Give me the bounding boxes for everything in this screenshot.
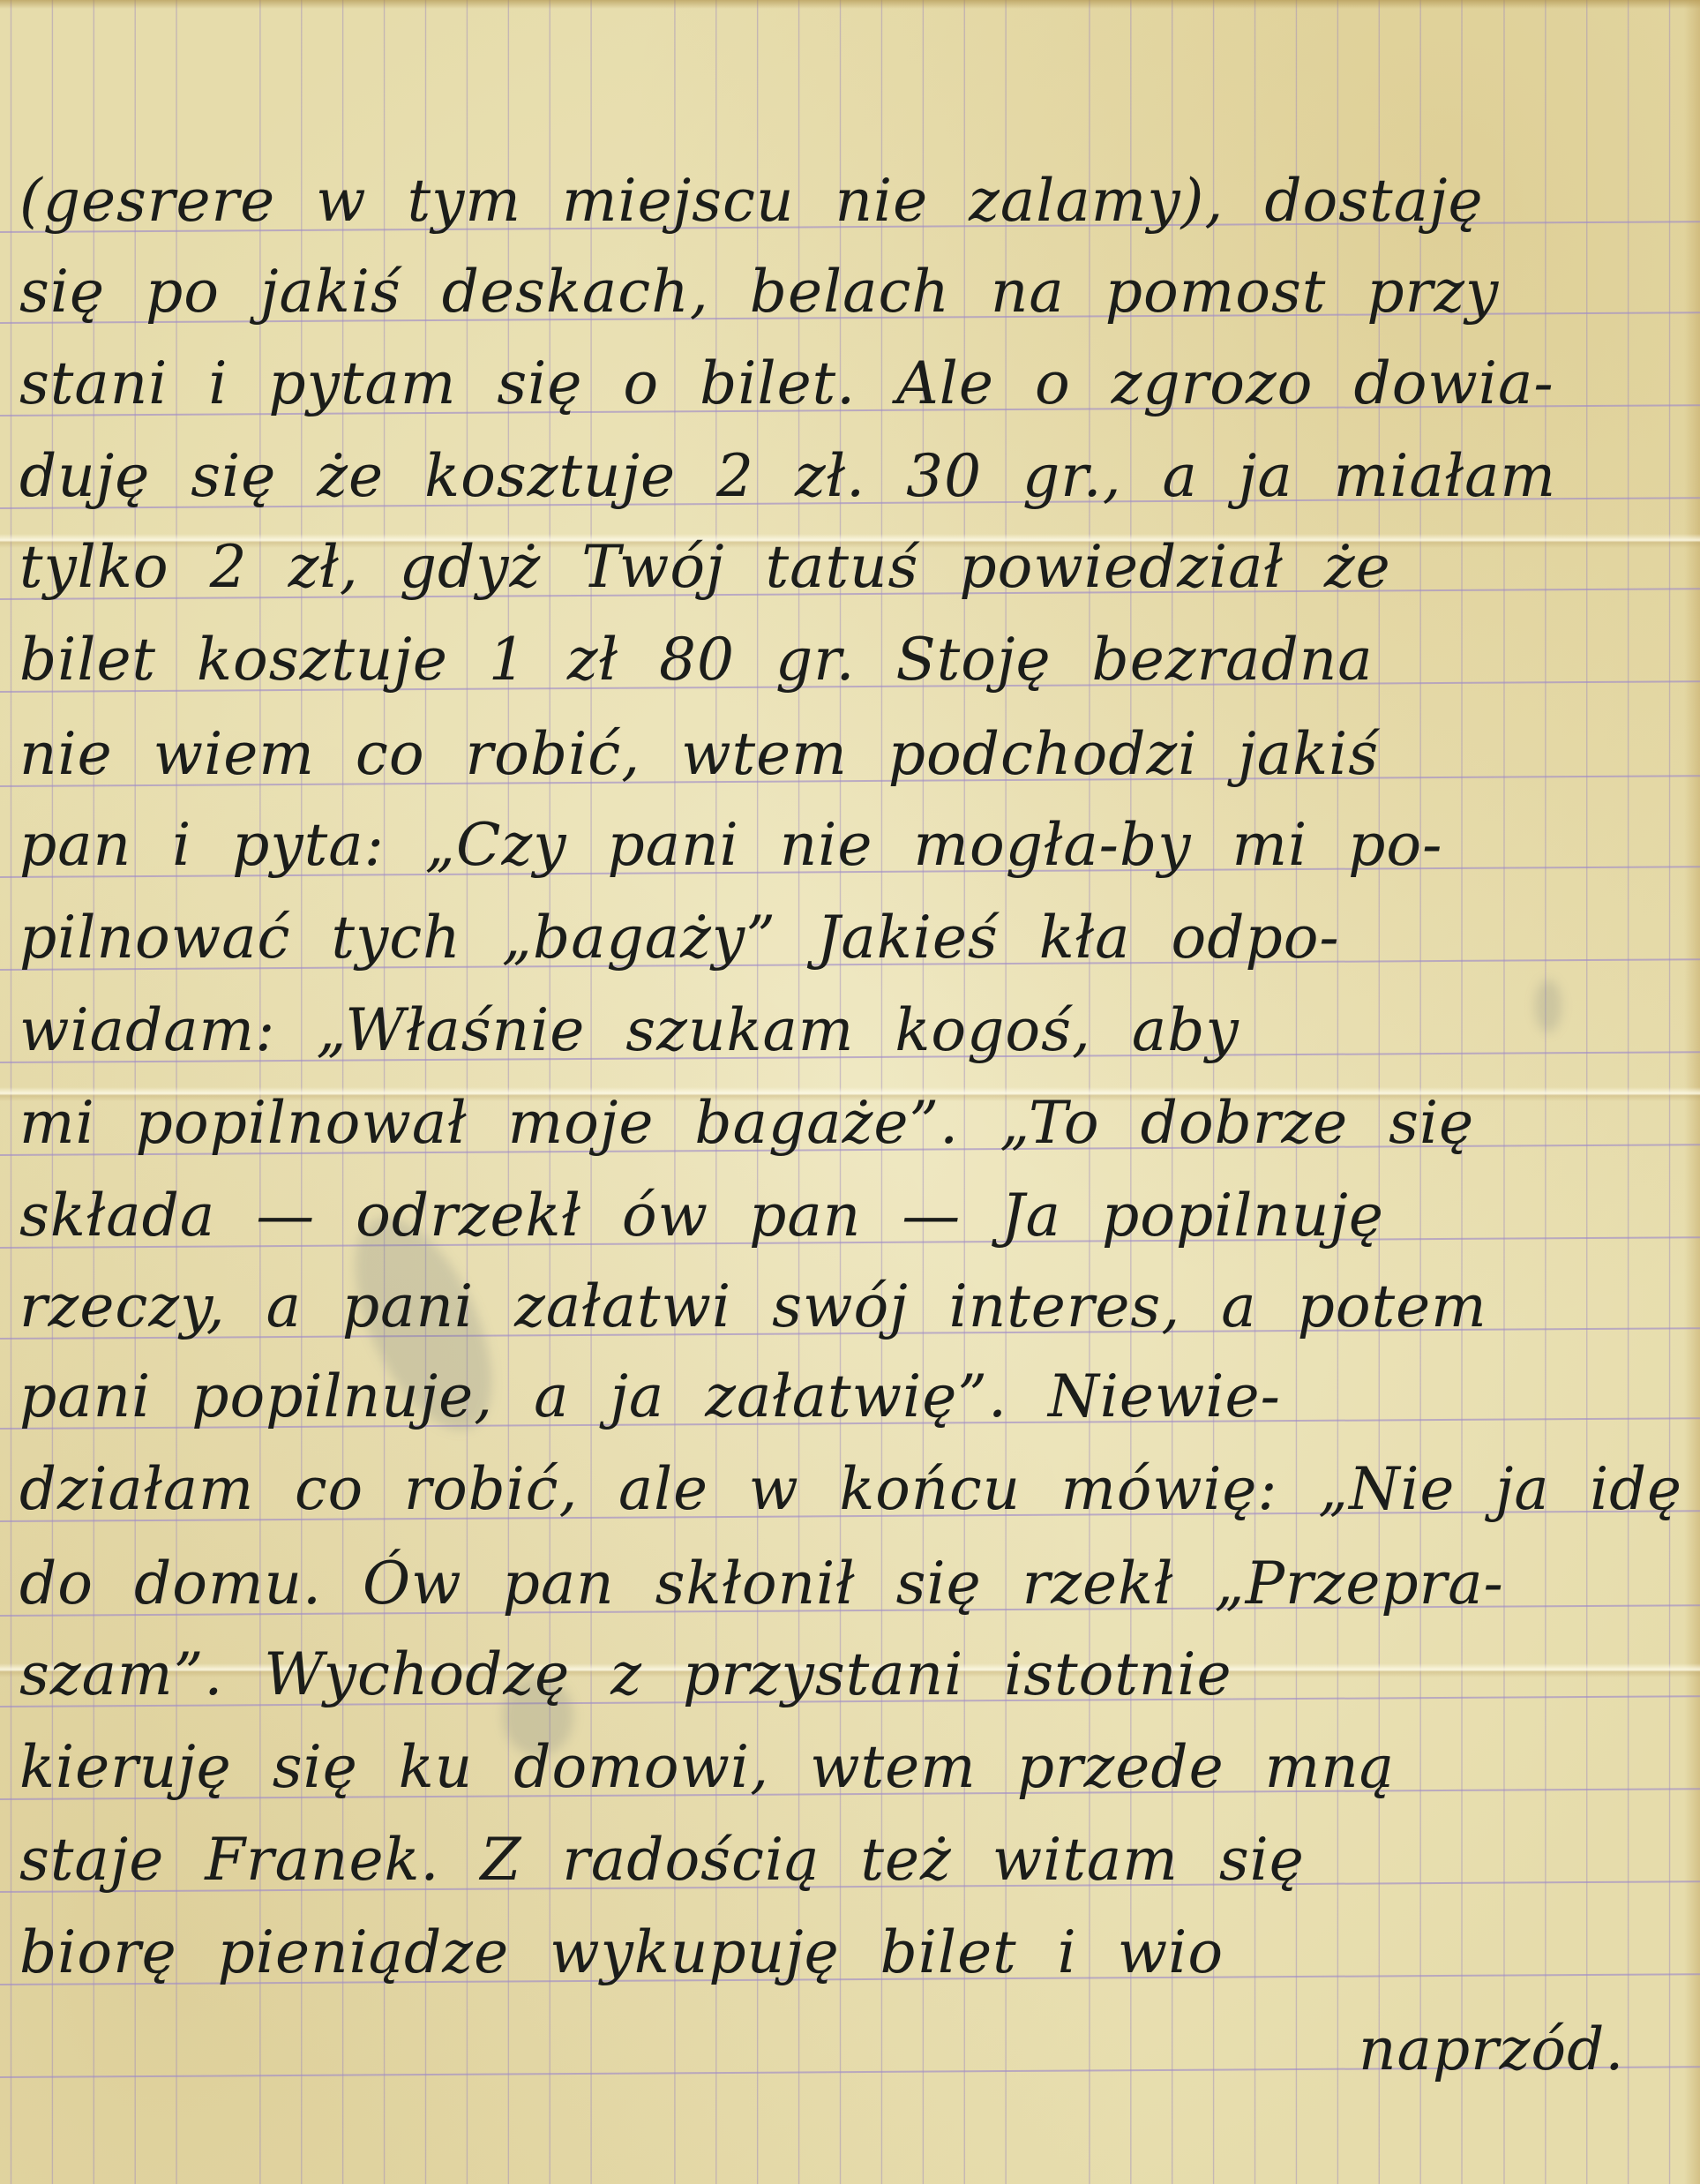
handwritten-line: rzeczy, a pani załatwi swój interes, a p… — [19, 1278, 1487, 1336]
handwritten-line: tylko 2 zł, gdyż Twój tatuś powiedział ż… — [19, 538, 1391, 597]
handwritten-line: staje Franek. Z radością też witam się — [19, 1831, 1305, 1889]
handwritten-line: do domu. Ów pan skłonił się rzekł „Przep… — [19, 1555, 1504, 1613]
handwritten-line: bilet kosztuje 1 zł 80 gr. Stoję bezradn… — [19, 631, 1374, 689]
ink-stain — [1535, 979, 1561, 1032]
handwritten-line: biorę pieniądze wykupuję bilet i wio — [19, 1924, 1224, 1982]
handwritten-line: szam”. Wychodzę z przystani istotnie — [19, 1646, 1232, 1704]
handwritten-line: działam co robić, ale w końcu mówię: „Ni… — [19, 1460, 1692, 1519]
letter-page: (gesrere w tym miejscu nie zalamy), dost… — [0, 0, 1700, 2184]
handwritten-line: (gesrere w tym miejscu nie zalamy), dost… — [19, 172, 1484, 230]
handwritten-closing-word: naprzód. — [1359, 2021, 1624, 2079]
handwritten-line: kieruję się ku domowi, wtem przede mną — [19, 1738, 1395, 1797]
handwritten-line: stani i pytam się o bilet. Ale o zgrozo … — [19, 355, 1554, 413]
handwritten-line: mi popilnował moje bagaże”. „To dobrze s… — [19, 1094, 1474, 1152]
handwritten-line: duję się że kosztuje 2 zł. 30 gr., a ja … — [19, 447, 1556, 506]
handwritten-line: wiadam: „Właśnie szukam kogoś, aby — [19, 1002, 1239, 1060]
handwritten-line: pani popilnuje, a ja załatwię”. Niewie- — [19, 1368, 1281, 1426]
handwritten-line: nie wiem co robić, wtem podchodzi jakiś — [19, 725, 1379, 784]
handwritten-line: składa — odrzekł ów pan — Ja popilnuję — [19, 1187, 1384, 1245]
handwritten-line: się po jakiś deskach, belach na pomost p… — [19, 263, 1499, 321]
paper-top-edge — [0, 0, 1700, 9]
handwritten-line: pan i pyta: „Czy pani nie mogła-by mi po… — [19, 816, 1442, 874]
handwritten-line: pilnować tych „bagaży” Jakieś kła odpo- — [19, 909, 1340, 967]
